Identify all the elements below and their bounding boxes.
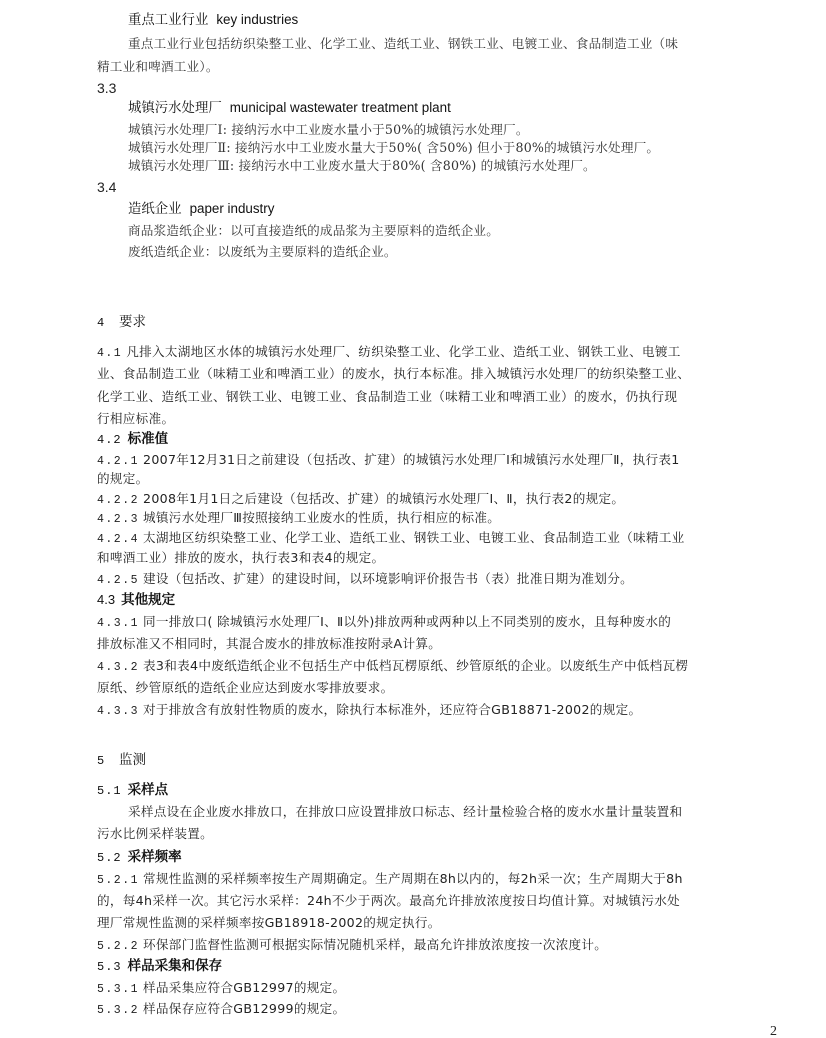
subsection-heading-4-3: 4.3其他规定 (97, 590, 175, 610)
subsection-title: 采样频率 (128, 849, 182, 865)
page-number: 2 (770, 1024, 777, 1038)
clause-4-3-3: 4.3.3对于排放含有放射性物质的废水，除执行本标准外，还应符合GB18871-… (97, 700, 641, 722)
clause-5-3-1: 5.3.1样品采集应符合GB12997的规定。 (97, 978, 345, 1000)
definition-text: 精工业和啤酒工业）。 (97, 57, 219, 77)
term-cn: 造纸企业 (128, 202, 182, 217)
term-paper-industry: 造纸企业paper industry (128, 199, 274, 220)
clause-text: 城镇污水处理厂Ⅲ按照接纳工业废水的性质，执行相应的标准。 (143, 510, 500, 525)
clause-text: 的规定。 (97, 469, 149, 489)
clause-text: 的，每4h采样一次。其它污水采样：24h不少于两次。最高允许排放浓度按日均值计算… (97, 891, 680, 911)
clause-number: 5.3.2 (97, 1004, 139, 1017)
clause-text: 原纸、纱管原纸的造纸企业应达到废水零排放要求。 (97, 678, 394, 698)
subsection-title: 标准值 (128, 431, 169, 447)
subsection-heading-5-1: 5.1采样点 (97, 780, 168, 801)
clause-number: 4.3.1 (97, 617, 139, 630)
subsection-heading-4-2: 4.2标准值 (97, 429, 168, 450)
clause-4-2-5: 4.2.5建设（包括改、扩建）的建设时间，以环境影响评价报告书（表）批准日期为准… (97, 569, 633, 591)
clause-number: 4.3.2 (97, 661, 139, 674)
clause-4-2-3: 4.2.3城镇污水处理厂Ⅲ按照接纳工业废水的性质，执行相应的标准。 (97, 508, 500, 530)
definition-text: 商品浆造纸企业：以可直接造纸的成品浆为主要原料的造纸企业。 (128, 221, 499, 241)
clause-text: 样品采集应符合GB12997的规定。 (143, 980, 345, 995)
section-number: 4 (97, 313, 119, 333)
clause-text: 2007年12月31日之前建设（包括改、扩建）的城镇污水处理厂Ⅰ和城镇污水处理厂… (143, 452, 680, 467)
clause-text: 凡排入太湖地区水体的城镇污水处理厂、纺织染整工业、化学工业、造纸工业、钢铁工业、… (126, 344, 680, 359)
clause-text: 太湖地区纺织染整工业、化学工业、造纸工业、钢铁工业、电镀工业、食品制造工业（味精… (143, 530, 685, 545)
subsection-number: 5.1 (97, 784, 122, 798)
section-title: 要求 (119, 314, 146, 330)
clause-number: 5.2.1 (97, 874, 139, 887)
clause-number: 5.3.1 (97, 983, 139, 996)
term-en: paper industry (190, 201, 275, 216)
term-municipal-wastewater-plant: 城镇污水处理厂municipal wastewater treatment pl… (128, 98, 451, 119)
clause-text: 2008年1月1日之后建设（包括改、扩建）的城镇污水处理厂Ⅰ、Ⅱ，执行表2的规定… (143, 491, 624, 506)
subsection-number: 4.3 (97, 592, 115, 607)
subsection-heading-5-2: 5.2采样频率 (97, 847, 182, 868)
definition-text: 重点工业行业包括纺织染整工业、化学工业、造纸工业、钢铁工业、电镀工业、食品制造工… (128, 34, 678, 54)
clause-number: 3.3 (97, 78, 116, 98)
term-en: municipal wastewater treatment plant (230, 100, 451, 115)
section-heading-5: 5监测 (97, 750, 146, 771)
clause-text: 业、食品制造工业（味精工业和啤酒工业）的废水，执行本标准。排入城镇污水处理厂的纺… (97, 364, 690, 384)
clause-text: 同一排放口( 除城镇污水处理厂Ⅰ、Ⅱ以外)排放两种或两种以上不同类别的废水，且每… (143, 614, 671, 629)
term-cn: 重点工业行业 (128, 13, 208, 28)
subsection-number: 5.3 (97, 960, 122, 974)
clause-text: 环保部门监督性监测可根据实际情况随机采样，最高允许排放浓度按一次浓度计。 (143, 937, 607, 952)
section-number: 5 (97, 751, 119, 771)
section-title: 监测 (119, 752, 146, 768)
clause-number: 4.1 (97, 347, 122, 360)
term-en: key industries (216, 12, 298, 27)
clause-4-2-4: 4.2.4太湖地区纺织染整工业、化学工业、造纸工业、钢铁工业、电镀工业、食品制造… (97, 528, 685, 550)
clause-text: 排放标准又不相同时，其混合废水的排放标准按附录A计算。 (97, 634, 441, 654)
clause-text: 化学工业、造纸工业、钢铁工业、电镀工业、食品制造工业（味精工业和啤酒工业）的废水… (97, 387, 677, 407)
subsection-heading-5-3: 5.3样品采集和保存 (97, 956, 222, 977)
clause-text: 常规性监测的采样频率按生产周期确定。生产周期在8h以内的，每2h采一次；生产周期… (143, 871, 683, 886)
clause-number: 4.3.3 (97, 705, 139, 718)
clause-4-1: 4.1凡排入太湖地区水体的城镇污水处理厂、纺织染整工业、化学工业、造纸工业、钢铁… (97, 342, 681, 364)
subsection-title: 样品采集和保存 (128, 958, 223, 974)
clause-number: 4.2.2 (97, 494, 139, 507)
clause-text: 建设（包括改、扩建）的建设时间，以环境影响评价报告书（表）批准日期为准划分。 (143, 571, 633, 586)
subsection-title: 采样点 (128, 782, 169, 798)
clause-4-2-1: 4.2.12007年12月31日之前建设（包括改、扩建）的城镇污水处理厂Ⅰ和城镇… (97, 450, 680, 472)
definition-text: 城镇污水处理厂Ⅱ: 接纳污水中工业废水量大于50%( 含50%) 但小于80%的… (128, 138, 659, 158)
clause-number: 4.2.1 (97, 455, 139, 468)
clause-text: 和啤酒工业）排放的废水，执行表3和表4的规定。 (97, 548, 384, 568)
section-heading-4: 4要求 (97, 312, 146, 333)
definition-text: 废纸造纸企业：以废纸为主要原料的造纸企业。 (128, 242, 397, 262)
clause-5-2-1: 5.2.1常规性监测的采样频率按生产周期确定。生产周期在8h以内的，每2h采一次… (97, 869, 683, 891)
clause-text: 污水比例采样装置。 (97, 824, 213, 844)
clause-text: 样品保存应符合GB12999的规定。 (143, 1001, 345, 1016)
definition-text: 城镇污水处理厂Ⅲ: 接纳污水中工业废水量大于80%( 含80%) 的城镇污水处理… (128, 156, 596, 176)
clause-text: 对于排放含有放射性物质的废水，除执行本标准外，还应符合GB18871-2002的… (143, 702, 641, 717)
clause-4-3-2: 4.3.2表3和表4中废纸造纸企业不包括生产中低档瓦楞原纸、纱管原纸的企业。以废… (97, 656, 688, 678)
clause-text: 采样点设在企业废水排放口，在排放口应设置排放口标志、经计量检验合格的废水水量计量… (128, 802, 682, 822)
subsection-number: 4.2 (97, 433, 122, 447)
clause-5-3-2: 5.3.2样品保存应符合GB12999的规定。 (97, 999, 345, 1021)
clause-number: 4.2.5 (97, 574, 139, 587)
clause-4-3-1: 4.3.1同一排放口( 除城镇污水处理厂Ⅰ、Ⅱ以外)排放两种或两种以上不同类别的… (97, 612, 671, 634)
clause-number: 4.2.4 (97, 533, 139, 546)
clause-text: 理厂常规性监测的采样频率按GB18918-2002的规定执行。 (97, 913, 441, 933)
definition-text: 城镇污水处理厂Ⅰ: 接纳污水中工业废水量小于50%的城镇污水处理厂。 (128, 120, 529, 140)
clause-text: 行相应标准。 (97, 409, 174, 429)
clause-number: 5.2.2 (97, 940, 139, 953)
term-key-industries: 重点工业行业key industries (128, 10, 298, 31)
term-cn: 城镇污水处理厂 (128, 101, 222, 116)
clause-text: 表3和表4中废纸造纸企业不包括生产中低档瓦楞原纸、纱管原纸的企业。以废纸生产中低… (143, 658, 688, 673)
clause-number: 4.2.3 (97, 513, 139, 526)
subsection-number: 5.2 (97, 851, 122, 865)
subsection-title: 其他规定 (121, 592, 175, 608)
clause-5-2-2: 5.2.2环保部门监督性监测可根据实际情况随机采样，最高允许排放浓度按一次浓度计… (97, 935, 607, 957)
clause-number: 3.4 (97, 177, 116, 197)
